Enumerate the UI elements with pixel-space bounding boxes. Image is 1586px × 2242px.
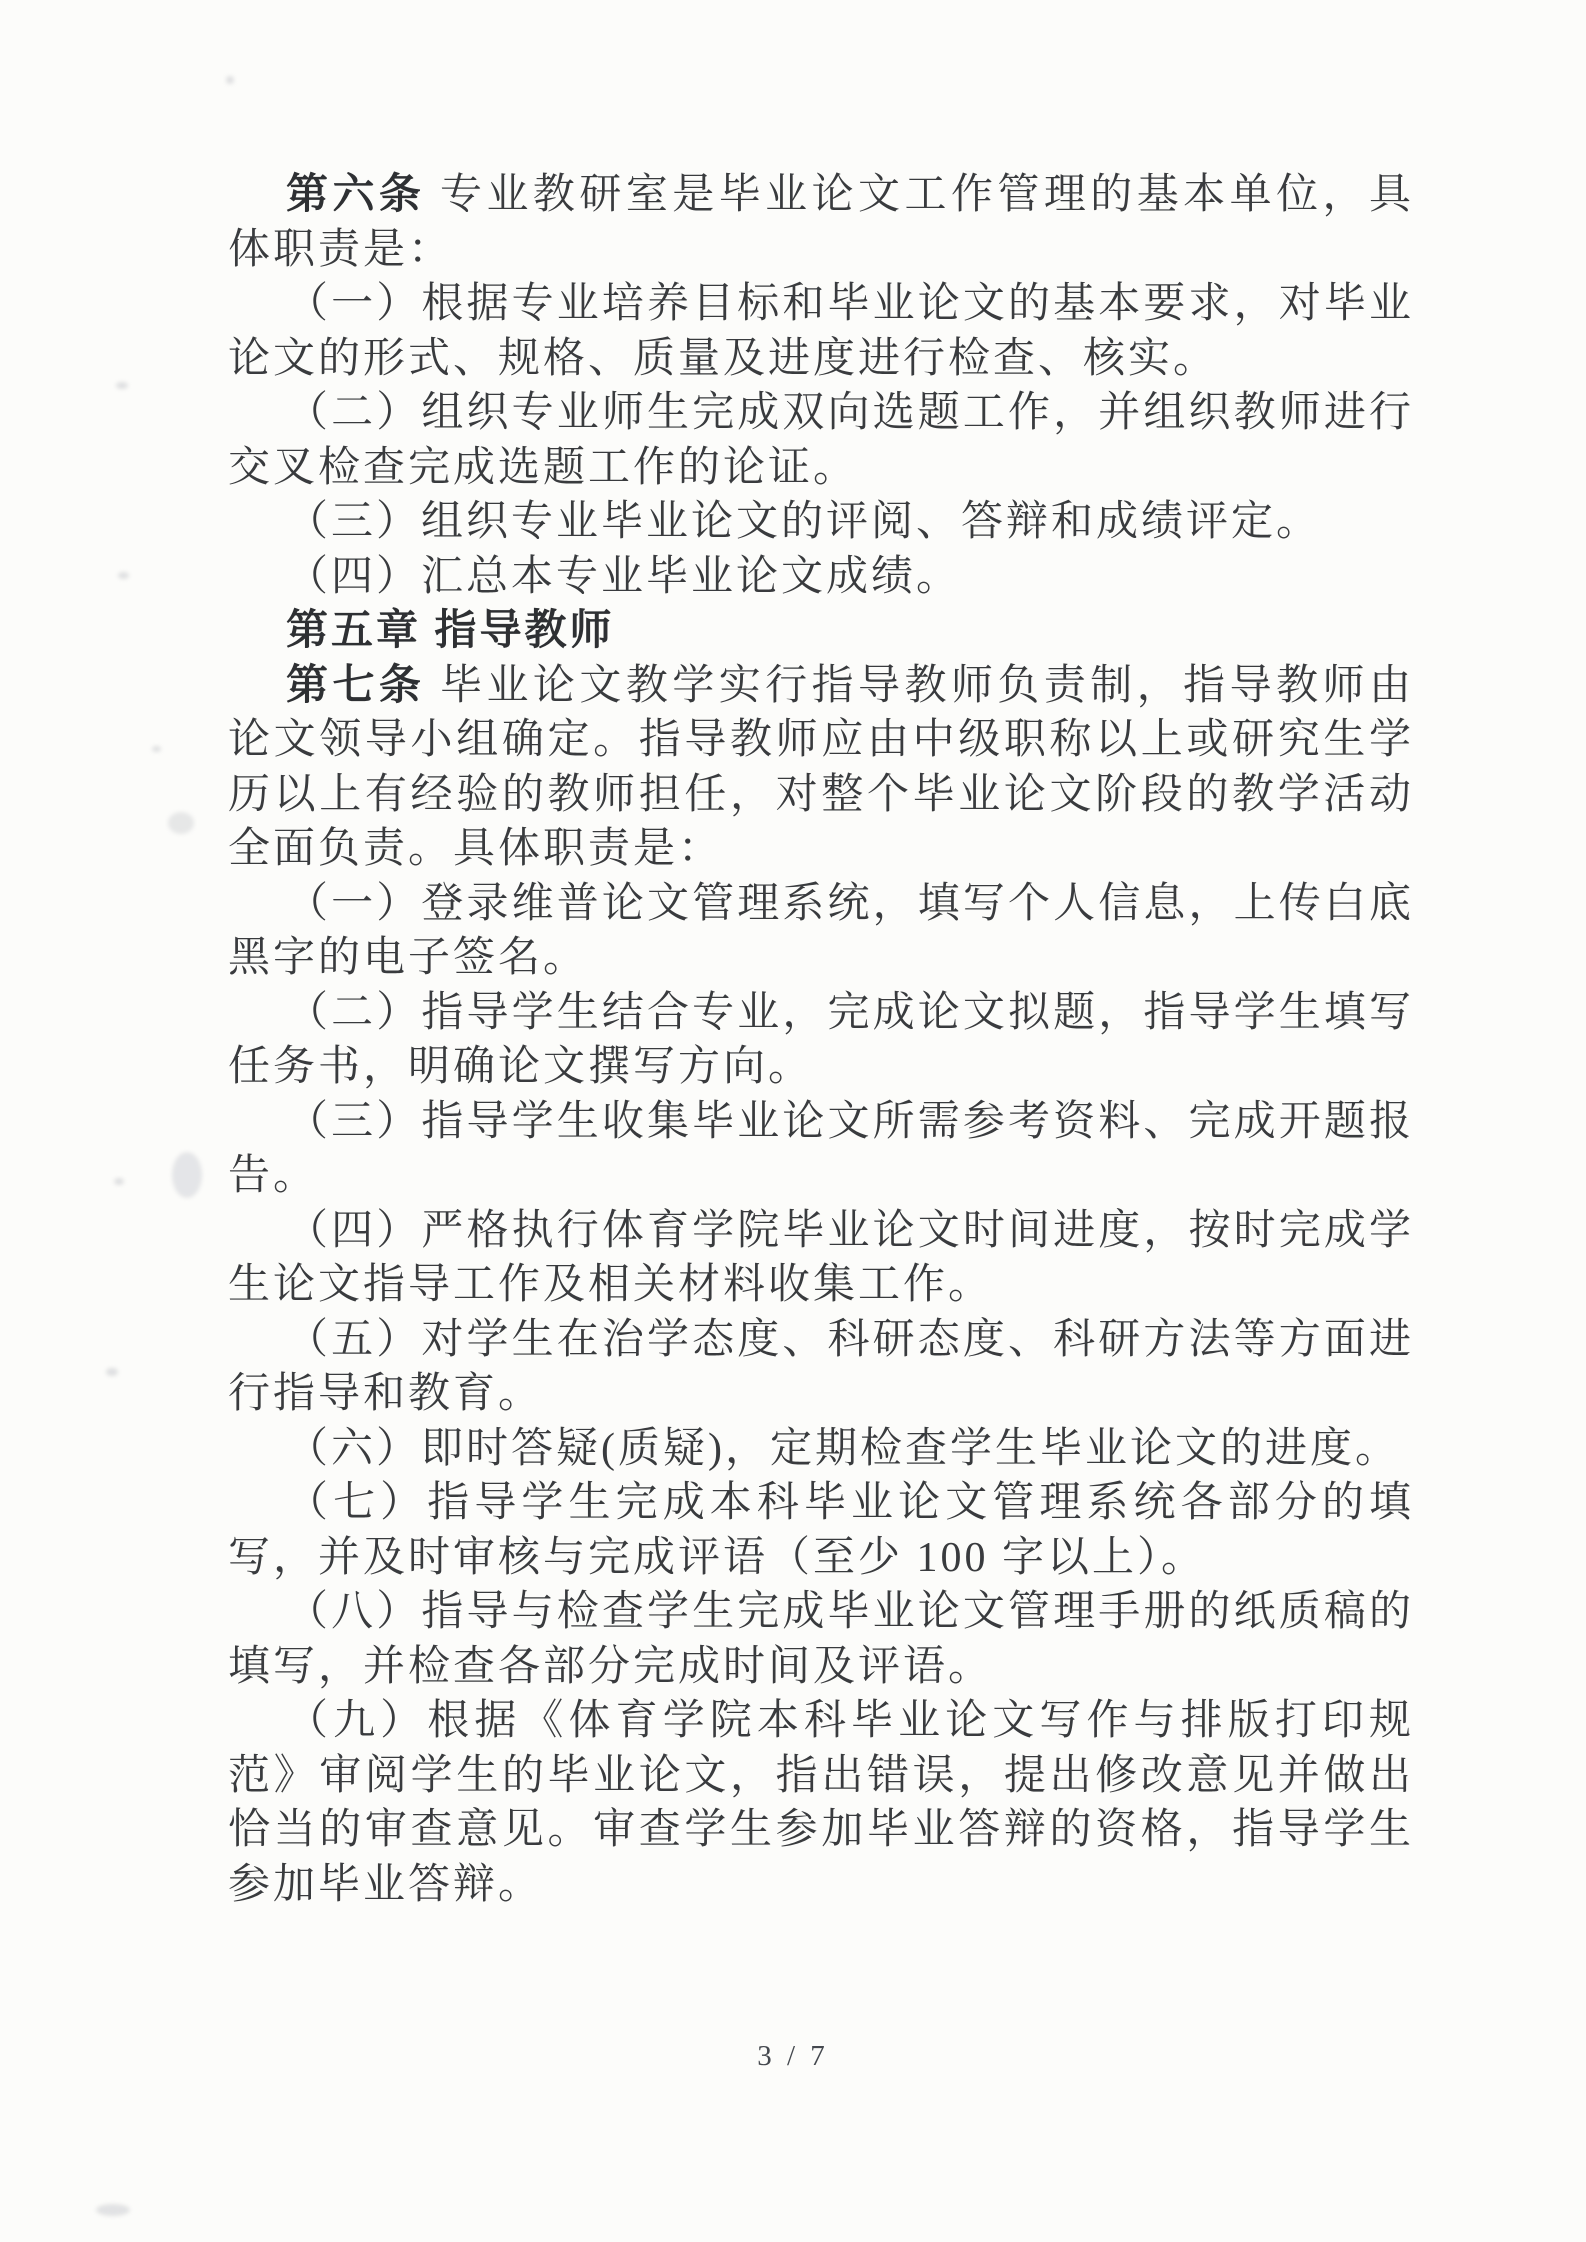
article-number: 第六条: [286, 172, 425, 218]
list-item-paragraph: （五）对学生在治学态度、科研态度、科研方法等方面进行指导和教育。: [228, 1313, 1414, 1422]
scan-smudge: [172, 1152, 202, 1198]
scan-smudge: [226, 76, 234, 84]
list-item-paragraph: （一）根据专业培养目标和毕业论文的基本要求，对毕业论文的形式、规格、质量及进度进…: [228, 277, 1414, 386]
scan-smudge: [116, 382, 128, 389]
list-item-paragraph: （八）指导与检查学生完成毕业论文管理手册的纸质稿的填写，并检查各部分完成时间及评…: [228, 1585, 1414, 1694]
article-paragraph: 第六条专业教研室是毕业论文工作管理的基本单位，具体职责是：: [228, 168, 1414, 277]
scan-smudge: [106, 1368, 118, 1376]
article-number: 第七条: [286, 663, 425, 709]
chapter-heading: 第五章 指导教师: [228, 604, 1414, 659]
list-item-paragraph: （七）指导学生完成本科毕业论文管理系统各部分的填写，并及时审核与完成评语（至少 …: [228, 1476, 1414, 1585]
list-item-paragraph: （三）组织专业毕业论文的评阅、答辩和成绩评定。: [228, 495, 1414, 550]
list-item-paragraph: （二）组织专业师生完成双向选题工作，并组织教师进行交叉检查完成选题工作的论证。: [228, 386, 1414, 495]
scan-smudge: [152, 746, 161, 752]
list-item-paragraph: （九）根据《体育学院本科毕业论文写作与排版打印规范》审阅学生的毕业论文，指出错误…: [228, 1694, 1414, 1912]
scan-smudge: [96, 2204, 130, 2216]
scanned-document-page: 第六条专业教研室是毕业论文工作管理的基本单位，具体职责是：（一）根据专业培养目标…: [0, 0, 1586, 2242]
scan-smudge: [118, 572, 129, 579]
article-paragraph: 第七条毕业论文教学实行指导教师负责制，指导教师由论文领导小组确定。指导教师应由中…: [228, 659, 1414, 877]
list-item-paragraph: （二）指导学生结合专业，完成论文拟题，指导学生填写任务书，明确论文撰写方向。: [228, 986, 1414, 1095]
scan-smudge: [114, 1178, 124, 1185]
list-item-paragraph: （三）指导学生收集毕业论文所需参考资料、完成开题报告。: [228, 1095, 1414, 1204]
scan-smudge: [168, 812, 194, 834]
list-item-paragraph: （四）严格执行体育学院毕业论文时间进度，按时完成学生论文指导工作及相关材料收集工…: [228, 1204, 1414, 1313]
list-item-paragraph: （一）登录维普论文管理系统，填写个人信息，上传白底黑字的电子签名。: [228, 877, 1414, 986]
document-body: 第六条专业教研室是毕业论文工作管理的基本单位，具体职责是：（一）根据专业培养目标…: [228, 168, 1414, 1912]
page-number: 3 / 7: [0, 2040, 1586, 2073]
list-item-paragraph: （四）汇总本专业毕业论文成绩。: [228, 550, 1414, 605]
list-item-paragraph: （六）即时答疑(质疑)，定期检查学生毕业论文的进度。: [228, 1422, 1414, 1477]
